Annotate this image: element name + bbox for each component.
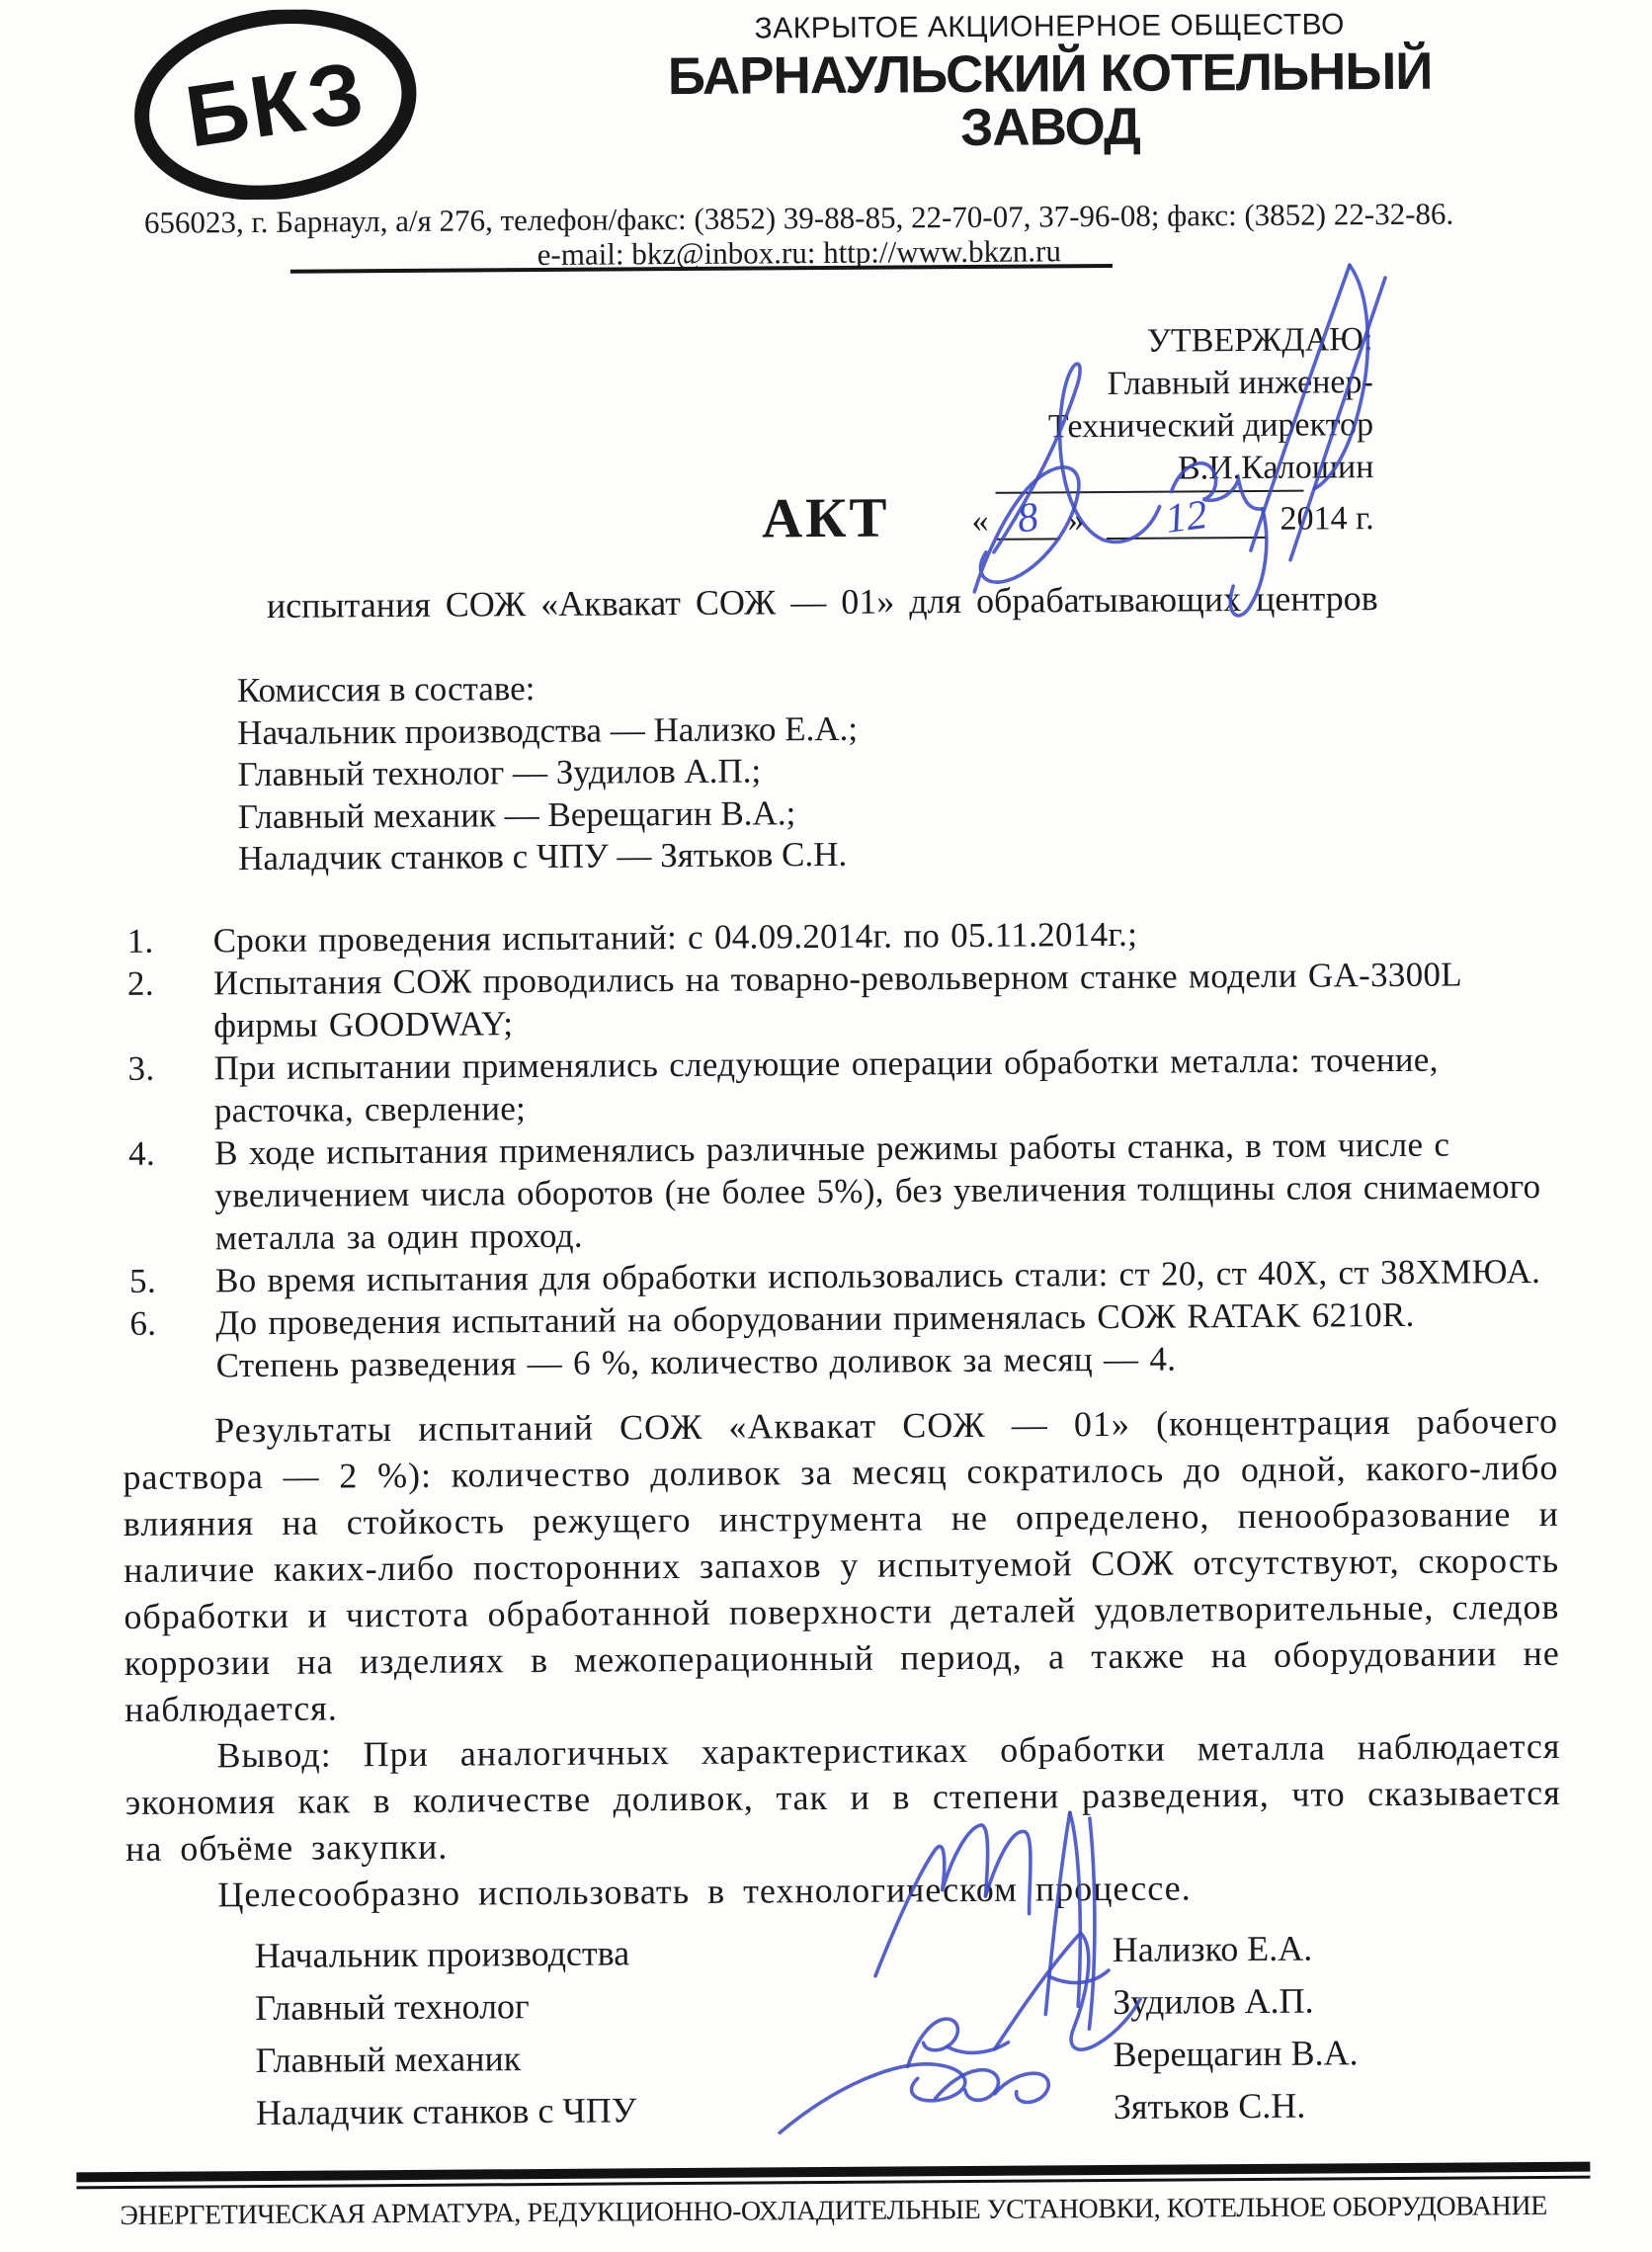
commission-member: Главный механик — Верещагин В.А.; [238,792,859,838]
list-item: 6. До проведения испытаний на оборудован… [129,1293,1549,1387]
body-text: Результаты испытаний СОЖ «Аквакат СОЖ — … [123,1398,1562,1919]
approval-block: УТВЕРЖДАЮ: Главный инженер- Технический … [1047,318,1373,490]
conclusion-paragraph: Вывод: При аналогичных характеристиках о… [124,1723,1561,1873]
logo-monogram: БКЗ [180,42,372,165]
list-item-number: 4. [128,1131,215,1260]
results-paragraph: Результаты испытаний СОЖ «Аквакат СОЖ — … [123,1398,1560,1733]
commission-member: Главный технолог — Зудилов А.П.; [237,750,858,796]
signature-block: Начальник производства Нализко Е.А. Глав… [255,1921,1402,2138]
signer-title: Наладчик станков с ЧПУ [256,2085,1114,2132]
handwritten-day: 8 [1016,497,1041,539]
footer-slogan: ЭНЕРГЕТИЧЕСКАЯ АРМАТУРА, РЕДУКЦИОННО-ОХЛ… [8,2190,1652,2233]
list-item-number: 5. [129,1259,215,1302]
date-quote-open: « [971,503,988,541]
commission-member: Наладчик станков с ЧПУ — Зятьков С.Н. [238,834,859,880]
list-item-text: В ходе испытания применялись различные р… [214,1123,1548,1259]
company-name-line1: БАРНАУЛЬСКИЙ КОТЕЛЬНЫЙ [456,43,1642,105]
list-item-number: 1. [127,919,213,962]
list-item: 4. В ходе испытания применялись различны… [128,1123,1548,1260]
signer-title: Начальник производства [255,1928,1113,1975]
approval-position-line2: Технический директор [1048,403,1373,448]
test-conditions-list: 1. Сроки проведения испытаний: с 04.09.2… [127,910,1549,1387]
list-item: 3. При испытании применялись следующие о… [127,1038,1547,1132]
footer-divider [76,2162,1590,2190]
scanned-document-page: БКЗ ЗАКРЫТОЕ АКЦИОНЕРНОЕ ОБЩЕСТВО БАРНАУ… [0,0,1652,2252]
list-item-text: До проведения испытаний на оборудовании … [215,1293,1549,1386]
signer-title: Главный механик [255,2033,1113,2080]
company-header: ЗАКРЫТОЕ АКЦИОНЕРНОЕ ОБЩЕСТВО БАРНАУЛЬСК… [456,6,1643,158]
org-type-line: ЗАКРЫТОЕ АКЦИОНЕРНОЕ ОБЩЕСТВО [456,6,1642,47]
date-year: 2014 г. [1280,500,1373,539]
handwritten-month: 12 [1163,495,1209,540]
signature-row: Главный механик Верещагин В.А. [255,2026,1401,2086]
list-item-number: 2. [127,961,214,1047]
date-month-slot: 12 [1106,497,1266,540]
date-day-slot: 8 [996,498,1059,540]
approval-date-row: « 8 » 12 2014 г. [971,496,1373,541]
approval-signature-line [996,490,1304,494]
signer-name: Верещагин В.А. [1113,2031,1401,2074]
approval-label: УТВЕРЖДАЮ: [1047,318,1372,363]
list-item-number: 6. [129,1301,216,1387]
commission-block: Комиссия в составе: Начальник производст… [237,666,859,880]
document-title: АКТ [687,485,963,551]
company-name-line2: ЗАВОД [457,97,1643,158]
company-logo-bkz-icon: БКЗ [126,9,424,201]
recommendation-paragraph: Целесообразно использовать в технологиче… [125,1863,1561,1919]
commission-member: Начальник производства — Нализко Е.А.; [237,708,858,754]
list-item-number: 3. [127,1046,214,1132]
commission-intro: Комиссия в составе: [237,666,858,712]
date-quote-close: » [1067,502,1084,540]
signature-row: Начальник производства Нализко Е.А. [255,1921,1401,1981]
document-subtitle: испытания СОЖ «Аквакат СОЖ — 01» для обр… [0,575,1648,628]
signer-title: Главный технолог [255,1980,1113,2028]
signer-name: Зятьков С.Н. [1114,2083,1402,2127]
signer-name: Зудилов А.П. [1113,1978,1401,2022]
signature-row: Наладчик станков с ЧПУ Зятьков С.Н. [256,2078,1402,2138]
signer-name: Нализко Е.А. [1113,1926,1401,1969]
list-item: 2. Испытания СОЖ проводились на товарно-… [127,953,1547,1047]
approval-position-line1: Главный инженер- [1048,361,1373,405]
approver-name: В.И.Калошин [1048,446,1373,490]
list-item-text: При испытании применялись следующие опер… [213,1038,1547,1131]
signature-row: Главный технолог Зудилов А.П. [255,1973,1401,2034]
list-item-text: Испытания СОЖ проводились на товарно-рев… [213,953,1547,1046]
